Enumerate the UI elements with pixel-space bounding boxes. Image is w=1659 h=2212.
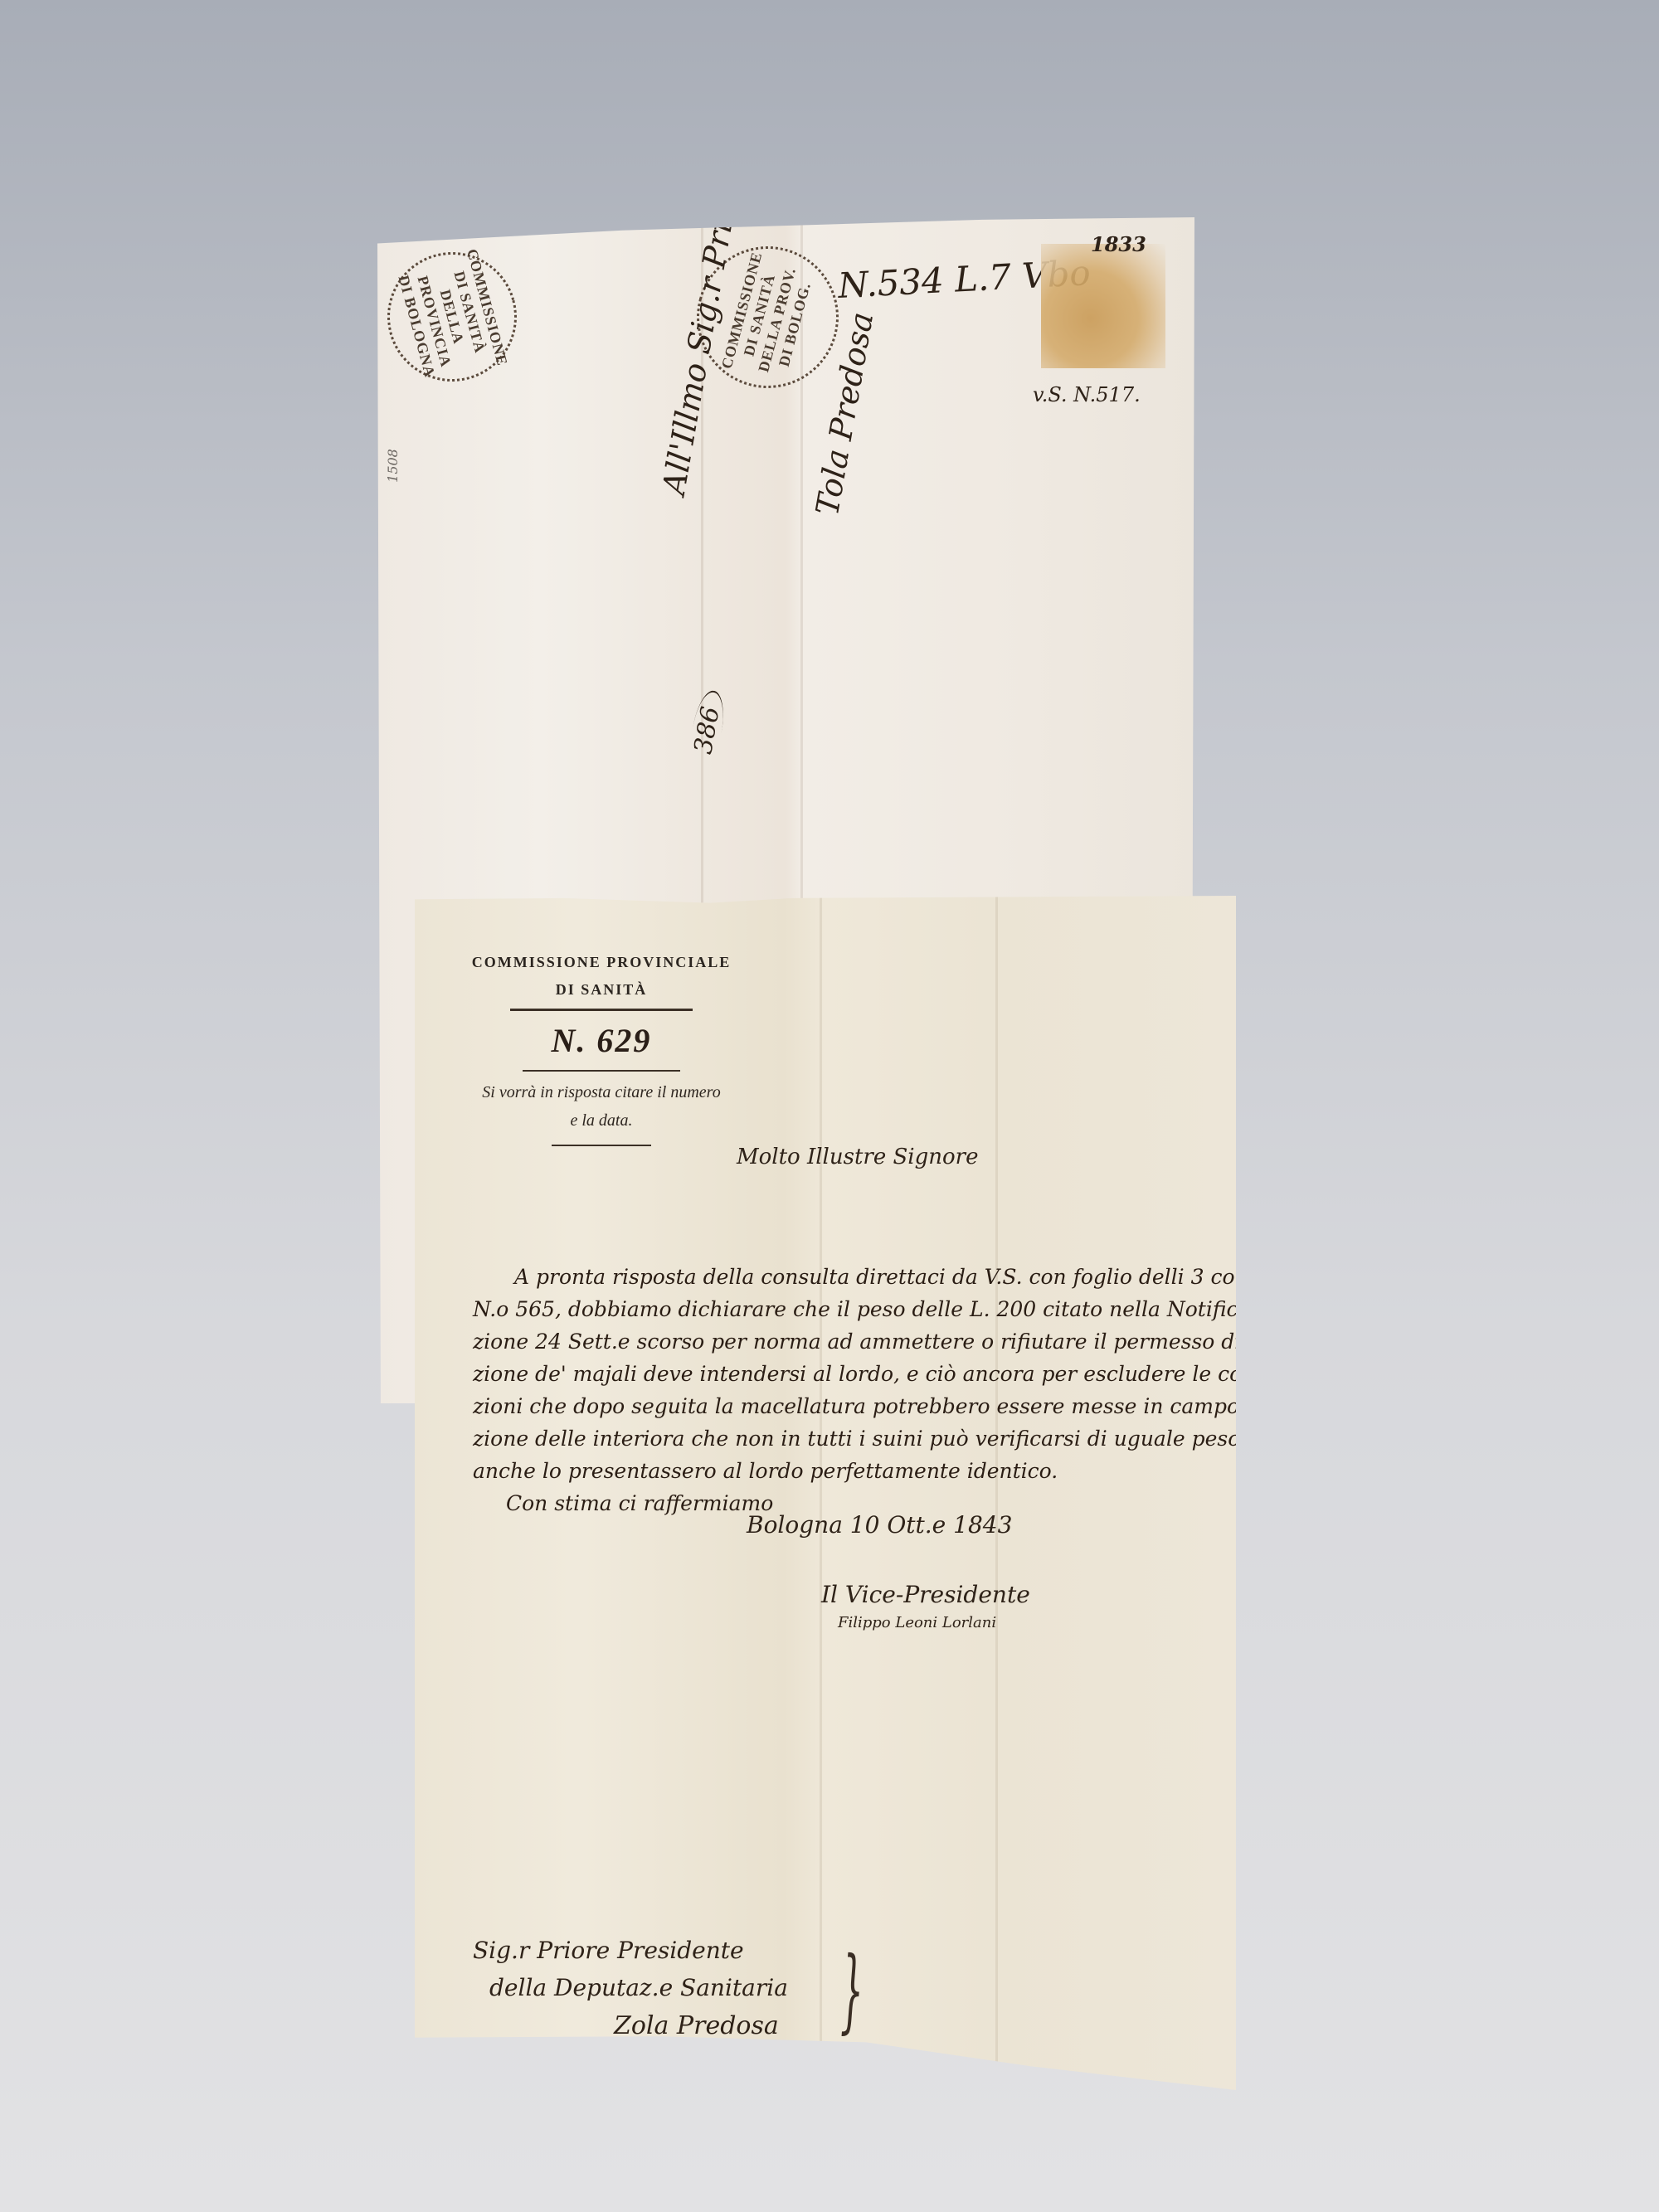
ornament-divider xyxy=(510,1009,693,1011)
body-line: A pronta risposta della consulta diretta… xyxy=(473,1261,1203,1293)
wax-seal-stain xyxy=(1041,244,1165,368)
body-line: N.o 565, dobbiamo dichiarare che il peso… xyxy=(473,1293,1203,1325)
reference-note: e la data. xyxy=(465,1110,738,1131)
salutation: Molto Illustre Signore xyxy=(737,1145,978,1169)
recipient-line: Zola Predosa xyxy=(614,2011,779,2040)
ornament-divider xyxy=(552,1145,651,1146)
ornament-divider xyxy=(523,1070,680,1072)
circled-number: 386 xyxy=(686,688,728,771)
corner-number: 1833 xyxy=(1091,232,1146,256)
brace-mark: } xyxy=(840,1937,864,2043)
signature-title: Il Vice-Presidente xyxy=(821,1581,1030,1608)
pencil-number: 1508 xyxy=(385,449,401,483)
side-note: v.S. N.517. xyxy=(1033,383,1141,406)
body-line: zioni che dopo seguita la macellatura po… xyxy=(473,1390,1203,1422)
letterhead: COMMISSIONE PROVINCIALE DI SANITÀ N. 629… xyxy=(465,954,738,1156)
letter-body: A pronta risposta della consulta diretta… xyxy=(473,1261,1203,1519)
letter-sheet: COMMISSIONE PROVINCIALE DI SANITÀ N. 629… xyxy=(415,896,1236,2090)
letterhead-title: COMMISSIONE PROVINCIALE xyxy=(465,954,738,971)
recipient-line: della Deputaz.e Sanitaria xyxy=(489,1974,788,2001)
reference-note: Si vorrà in risposta citare il numero xyxy=(465,1082,738,1103)
recipient-line: Sig.r Priore Presidente xyxy=(473,1937,744,1964)
protocol-number: N. 629 xyxy=(465,1021,738,1060)
letterhead-subtitle: DI SANITÀ xyxy=(465,981,738,999)
body-line: zione de' majali deve intendersi al lord… xyxy=(473,1358,1203,1390)
body-line: zione 24 Sett.e scorso per norma ad amme… xyxy=(473,1325,1203,1358)
postmark-stamp-left: COMMISSIONE DI SANITÀ DELLA PROVINCIA DI… xyxy=(372,237,531,396)
signature-name: Filippo Leoni Lorlani xyxy=(838,1614,996,1631)
body-line: anche lo presentassero al lordo perfetta… xyxy=(473,1455,1203,1487)
body-line: zione delle interiora che non in tutti i… xyxy=(473,1422,1203,1455)
place-date: Bologna 10 Ott.e 1843 xyxy=(747,1511,1012,1539)
